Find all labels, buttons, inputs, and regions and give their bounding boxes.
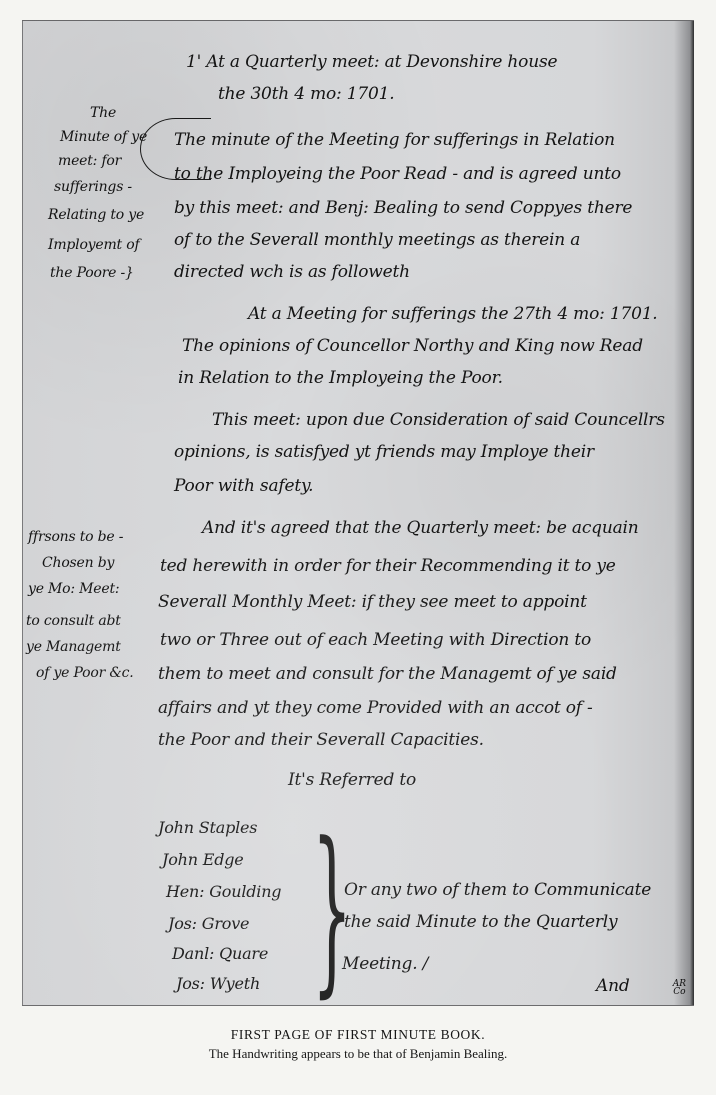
name-item: Jos: Wyeth (176, 976, 260, 992)
catchword: And (596, 978, 630, 995)
text-line: Severall Monthly Meet: if they see meet … (158, 594, 587, 611)
margin-note-line: The (90, 106, 116, 120)
name-item: Hen: Goulding (166, 884, 281, 900)
text-line: Or any two of them to Communicate (344, 882, 651, 899)
text-line: The minute of the Meeting for sufferings… (174, 132, 615, 149)
name-item: Jos: Grove (168, 916, 249, 932)
text-line: Poor with safety. (174, 478, 313, 495)
margin-note-line: meet: for (58, 154, 121, 168)
referred-heading: It's Referred to (288, 772, 416, 789)
printer-mark: AR Co (673, 980, 686, 996)
text-line: Meeting. / (342, 956, 428, 973)
printer-mark-line: Co (673, 988, 686, 996)
margin-note-line: Relating to ye (48, 208, 144, 222)
text-line: This meet: upon due Consideration of sai… (212, 412, 665, 429)
text-line: by this meet: and Benj: Bealing to send … (174, 200, 632, 217)
text-line: in Relation to the Imployeing the Poor. (178, 370, 503, 387)
text-line: two or Three out of each Meeting with Di… (160, 632, 591, 649)
text-line: the said Minute to the Quarterly (344, 914, 617, 931)
text-line: The opinions of Councellor Northy and Ki… (182, 338, 643, 355)
text-line: affairs and yt they come Provided with a… (158, 700, 593, 717)
margin-note-line: the Poore -} (50, 266, 134, 280)
text-line: to the Imployeing the Poor Read - and is… (174, 166, 621, 183)
margin-note-line: Imployemt of (48, 238, 139, 252)
margin-note-line: of ye Poor &c. (36, 666, 134, 680)
text-line: the Poor and their Severall Capacities. (158, 732, 484, 749)
margin-note-line: Chosen by (42, 556, 114, 570)
margin-note-line: Minute of ye (60, 130, 147, 144)
name-item: Danl: Quare (172, 946, 268, 962)
heading-line-1: 1' At a Quarterly meet: at Devonshire ho… (186, 54, 557, 71)
sub-heading: At a Meeting for sufferings the 27th 4 m… (248, 306, 658, 323)
name-item: John Edge (162, 852, 244, 868)
text-line: directed wch is as followeth (174, 264, 410, 281)
name-item: John Staples (158, 820, 257, 836)
text-line: ted herewith in order for their Recommen… (160, 558, 616, 575)
margin-note-line: ye Managemt (26, 640, 121, 654)
caption-title: FIRST PAGE OF FIRST MINUTE BOOK. (0, 1027, 716, 1043)
heading-line-2: the 30th 4 mo: 1701. (218, 86, 394, 103)
text-line: them to meet and consult for the Managem… (158, 666, 617, 683)
text-line: opinions, is satisfyed yt friends may Im… (174, 444, 594, 461)
caption-subtitle: The Handwriting appears to be that of Be… (0, 1046, 716, 1062)
text-line: And it's agreed that the Quarterly meet:… (202, 520, 639, 537)
margin-note-line: ffrsons to be - (28, 530, 123, 544)
margin-note-line: to consult abt (26, 614, 121, 628)
manuscript-photo: 1' At a Quarterly meet: at Devonshire ho… (22, 20, 694, 1006)
margin-note-line: sufferings - (54, 180, 132, 194)
text-line: of to the Severall monthly meetings as t… (174, 232, 580, 249)
margin-note-line: ye Mo: Meet: (28, 582, 119, 596)
